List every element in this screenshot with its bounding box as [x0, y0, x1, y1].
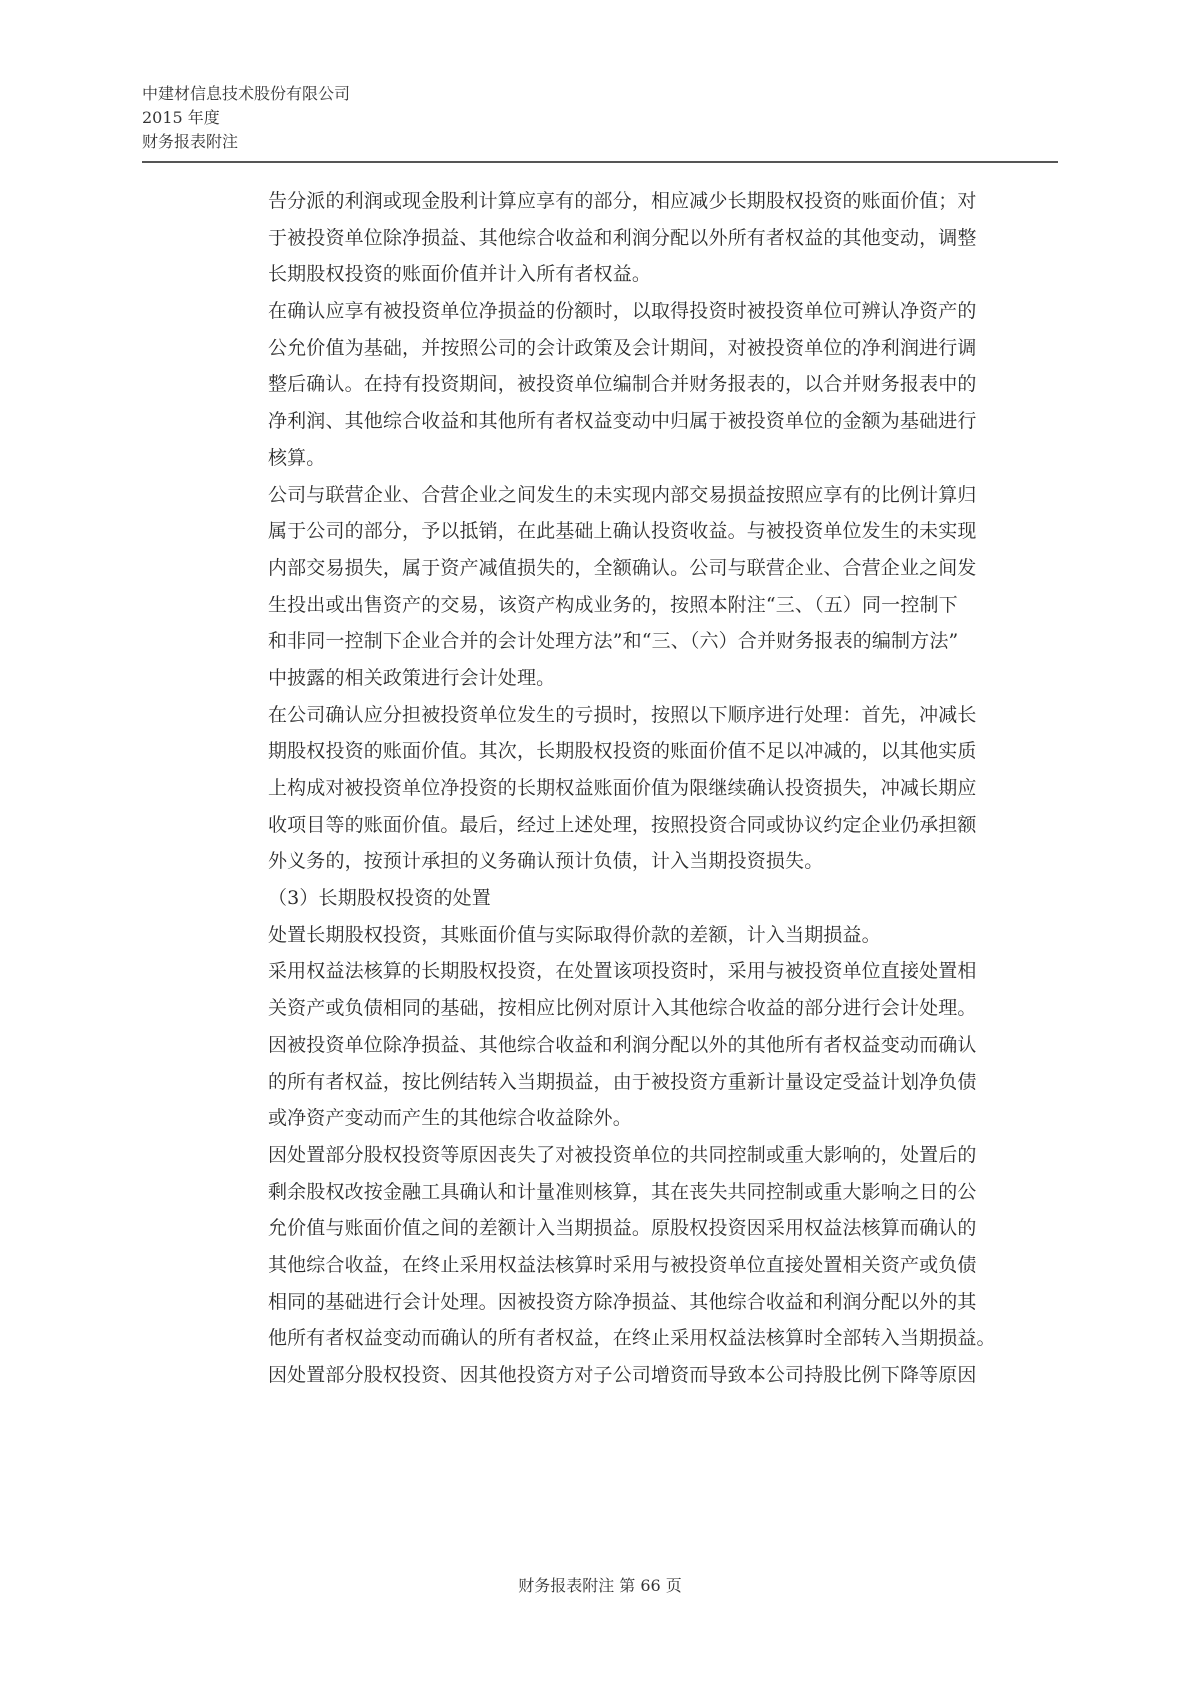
text-line: 公允价值为基础，并按照公司的会计政策及会计期间，对被投资单位的净利润进行调 — [268, 330, 1068, 367]
page-footer: 财务报表附注 第 66 页 — [0, 1573, 1200, 1596]
text-line: 因被投资单位除净损益、其他综合收益和利润分配以外的其他所有者权益变动而确认 — [268, 1027, 1068, 1064]
text-line: 在公司确认应分担被投资单位发生的亏损时，按照以下顺序进行处理：首先，冲减长 — [268, 697, 1068, 734]
text-line: 在确认应享有被投资单位净损益的份额时，以取得投资时被投资单位可辨认净资产的 — [268, 293, 1068, 330]
text-line: 整后确认。在持有投资期间，被投资单位编制合并财务报表的，以合并财务报表中的 — [268, 366, 1068, 403]
text-line: 长期股权投资的账面价值并计入所有者权益。 — [268, 256, 1068, 293]
text-line: 净利润、其他综合收益和其他所有者权益变动中归属于被投资单位的金额为基础进行 — [268, 403, 1068, 440]
text-line: 上构成对被投资单位净投资的长期权益账面价值为限继续确认投资损失，冲减长期应 — [268, 770, 1068, 807]
text-line: （3）长期股权投资的处置 — [268, 880, 1068, 917]
company-name: 中建材信息技术股份有限公司 — [142, 82, 1062, 106]
text-line: 公司与联营企业、合营企业之间发生的未实现内部交易损益按照应享有的比例计算归 — [268, 477, 1068, 514]
text-line: 的所有者权益，按比例结转入当期损益，由于被投资方重新计量设定受益计划净负债 — [268, 1064, 1068, 1101]
header-divider — [142, 161, 1058, 163]
text-line: 属于公司的部分，予以抵销，在此基础上确认投资收益。与被投资单位发生的未实现 — [268, 513, 1068, 550]
text-line: 相同的基础进行会计处理。因被投资方除净损益、其他综合收益和利润分配以外的其 — [268, 1284, 1068, 1321]
text-line: 或净资产变动而产生的其他综合收益除外。 — [268, 1100, 1068, 1137]
text-line: 因处置部分股权投资等原因丧失了对被投资单位的共同控制或重大影响的，处置后的 — [268, 1137, 1068, 1174]
text-line: 关资产或负债相同的基础，按相应比例对原计入其他综合收益的部分进行会计处理。 — [268, 990, 1068, 1027]
text-line: 核算。 — [268, 440, 1068, 477]
text-line: 内部交易损失，属于资产减值损失的，全额确认。公司与联营企业、合营企业之间发 — [268, 550, 1068, 587]
text-line: 其他综合收益，在终止采用权益法核算时采用与被投资单位直接处置相关资产或负债 — [268, 1247, 1068, 1284]
text-line: 告分派的利润或现金股利计算应享有的部分，相应减少长期股权投资的账面价值；对 — [268, 183, 1068, 220]
page-header: 中建材信息技术股份有限公司 2015 年度 财务报表附注 — [142, 82, 1062, 154]
text-line: 他所有者权益变动而确认的所有者权益，在终止采用权益法核算时全部转入当期损益。 — [268, 1320, 1068, 1357]
report-year: 2015 年度 — [142, 106, 1062, 130]
document-body: 告分派的利润或现金股利计算应享有的部分，相应减少长期股权投资的账面价值；对于被投… — [268, 183, 1068, 1394]
text-line: 因处置部分股权投资、因其他投资方对子公司增资而导致本公司持股比例下降等原因 — [268, 1357, 1068, 1394]
text-line: 期股权投资的账面价值。其次，长期股权投资的账面价值不足以冲减的，以其他实质 — [268, 733, 1068, 770]
text-line: 于被投资单位除净损益、其他综合收益和利润分配以外所有者权益的其他变动，调整 — [268, 220, 1068, 257]
text-line: 处置长期股权投资，其账面价值与实际取得价款的差额，计入当期损益。 — [268, 917, 1068, 954]
text-line: 外义务的，按预计承担的义务确认预计负债，计入当期投资损失。 — [268, 843, 1068, 880]
text-line: 和非同一控制下企业合并的会计处理方法”和“三、（六）合并财务报表的编制方法” — [268, 623, 1068, 660]
text-line: 中披露的相关政策进行会计处理。 — [268, 660, 1068, 697]
text-line: 采用权益法核算的长期股权投资，在处置该项投资时，采用与被投资单位直接处置相 — [268, 953, 1068, 990]
document-title: 财务报表附注 — [142, 130, 1062, 154]
text-line: 生投出或出售资产的交易，该资产构成业务的，按照本附注“三、（五）同一控制下 — [268, 587, 1068, 624]
text-line: 收项目等的账面价值。最后，经过上述处理，按照投资合同或协议约定企业仍承担额 — [268, 807, 1068, 844]
text-line: 剩余股权改按金融工具确认和计量准则核算，其在丧失共同控制或重大影响之日的公 — [268, 1174, 1068, 1211]
text-line: 允价值与账面价值之间的差额计入当期损益。原股权投资因采用权益法核算而确认的 — [268, 1210, 1068, 1247]
